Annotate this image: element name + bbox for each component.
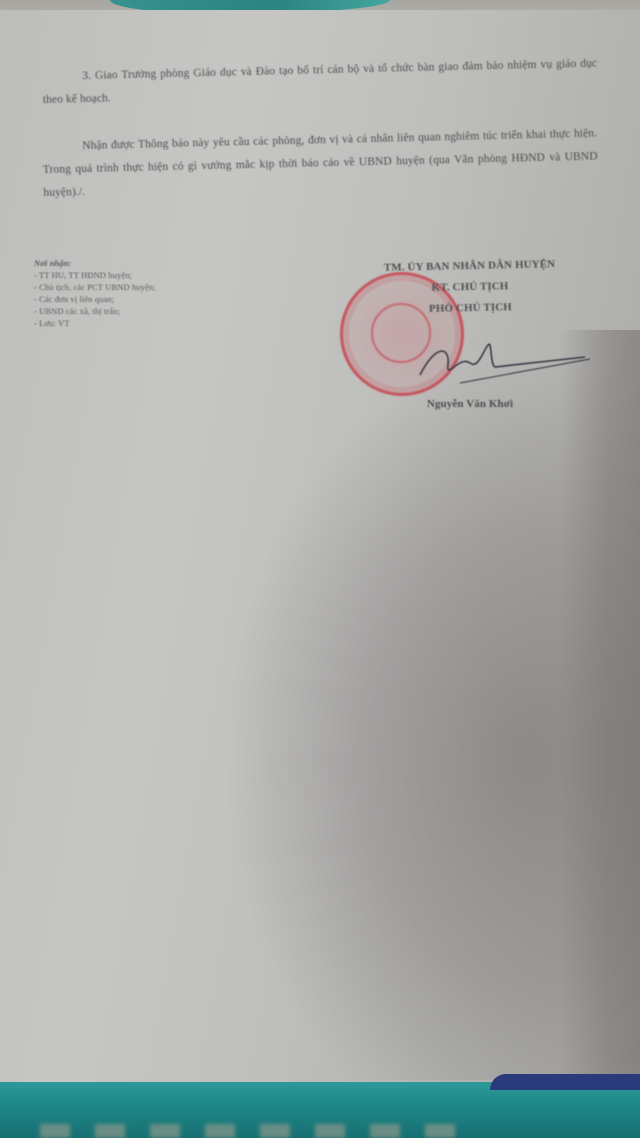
recipient-item: - UBND các xã, thị trấn; bbox=[34, 305, 274, 317]
teal-tablecloth bbox=[0, 1082, 640, 1138]
closing-paragraph-text: Nhận được Thông báo này yêu cầu các phòn… bbox=[42, 122, 599, 205]
recipients-list: Nơi nhận: - TT HU, TT HĐND huyện; - Chủ … bbox=[34, 257, 274, 329]
handwritten-signature-icon bbox=[400, 335, 590, 395]
recipients-heading: Nơi nhận: bbox=[34, 257, 274, 269]
dark-blue-object bbox=[490, 1074, 640, 1090]
recipient-item: - Lưu: VT bbox=[34, 317, 274, 329]
signature-block: TM. ỦY BAN NHÂN DÂN HUYỆN KT. CHỦ TỊCH P… bbox=[329, 253, 610, 322]
recipient-item: - TT HU, TT HĐND huyện; bbox=[34, 269, 274, 281]
recipient-item: - Các đơn vị liên quan; bbox=[34, 293, 274, 305]
tablecloth-pattern bbox=[40, 1124, 460, 1138]
signer-name: Nguyễn Văn Khơi bbox=[380, 398, 560, 410]
recipient-item: - Chủ tịch, các PCT UBND huyện; bbox=[34, 281, 274, 293]
shadow-edge bbox=[560, 330, 640, 1080]
closing-paragraph: Nhận được Thông báo này yêu cầu các phòn… bbox=[42, 122, 599, 205]
